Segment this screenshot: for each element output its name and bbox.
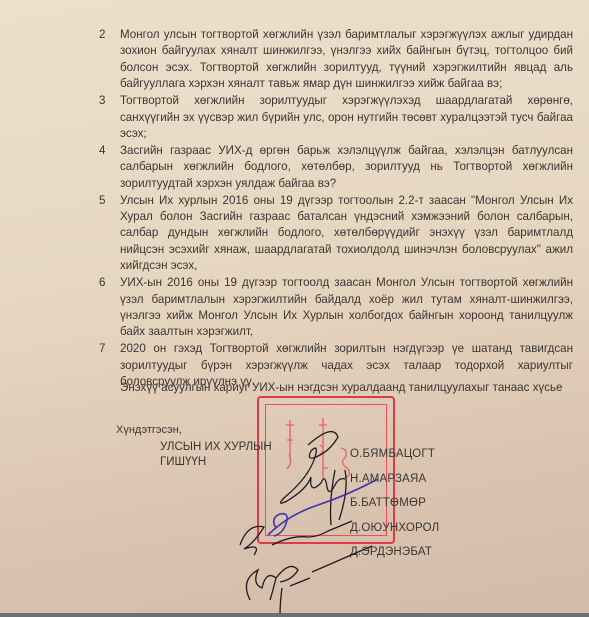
item-text: Тогтвортой хөгжлийн зорилтуудыг хэрэгжүү… (120, 94, 573, 140)
signatory-name: О.БЯМБАЦОГТ (350, 448, 439, 473)
item-number: 4 (99, 143, 105, 159)
signatory-name: Д.ОЮУНХОРОЛ (350, 522, 439, 547)
member-title-line1: УЛСЫН ИХ ХУРЛЫН (160, 440, 272, 455)
item-number: 6 (99, 275, 105, 291)
list-item: 4Засгийн газраас УИХ-д өргөн барьж хэлэл… (96, 143, 573, 192)
member-title-line2: ГИШҮҮН (160, 455, 272, 470)
regards-line: Хүндэтгэсэн, (116, 424, 182, 436)
item-number: 5 (99, 193, 105, 209)
signatory-list: О.БЯМБАЦОГТ Н.АМАРЗАЯА Б.БАТТӨМӨР Д.ОЮУН… (350, 448, 439, 571)
item-text: УИХ-ын 2016 оны 19 дүгээр тогтоолд зааса… (120, 276, 573, 338)
item-text: Улсын Их хурлын 2016 оны 19 дүгээр тогто… (120, 194, 573, 273)
item-number: 2 (99, 27, 105, 43)
signatory-name: Д.ЭРДЭНЭБАТ (350, 546, 439, 571)
document-page: 2Монгол улсын тогтвортой хөгжлийн үзэл б… (0, 0, 589, 613)
member-title: УЛСЫН ИХ ХУРЛЫН ГИШҮҮН (160, 440, 272, 470)
item-text: Монгол улсын тогтвортой хөгжлийн үзэл ба… (120, 28, 573, 90)
list-item: 2Монгол улсын тогтвортой хөгжлийн үзэл б… (96, 27, 573, 93)
item-number: 7 (99, 341, 105, 357)
closing-request: Энэхүү асуулгын хариуг УИХ-ын нэгдсэн ху… (120, 381, 563, 394)
item-text: Засгийн газраас УИХ-д өргөн барьж хэлэлц… (120, 144, 573, 190)
item-number: 3 (99, 93, 105, 109)
bottom-edge (0, 613, 589, 617)
list-item: 5Улсын Их хурлын 2016 оны 19 дүгээр тогт… (96, 193, 573, 275)
signatory-name: Н.АМАРЗАЯА (350, 473, 439, 498)
list-item: 6УИХ-ын 2016 оны 19 дүгээр тогтоолд заас… (96, 275, 573, 341)
list-item: 3Тогтвортой хөгжлийн зорилтуудыг хэрэгжү… (96, 93, 573, 142)
signatory-name: Б.БАТТӨМӨР (350, 497, 439, 522)
question-list: 2Монгол улсын тогтвортой хөгжлийн үзэл б… (96, 27, 573, 391)
